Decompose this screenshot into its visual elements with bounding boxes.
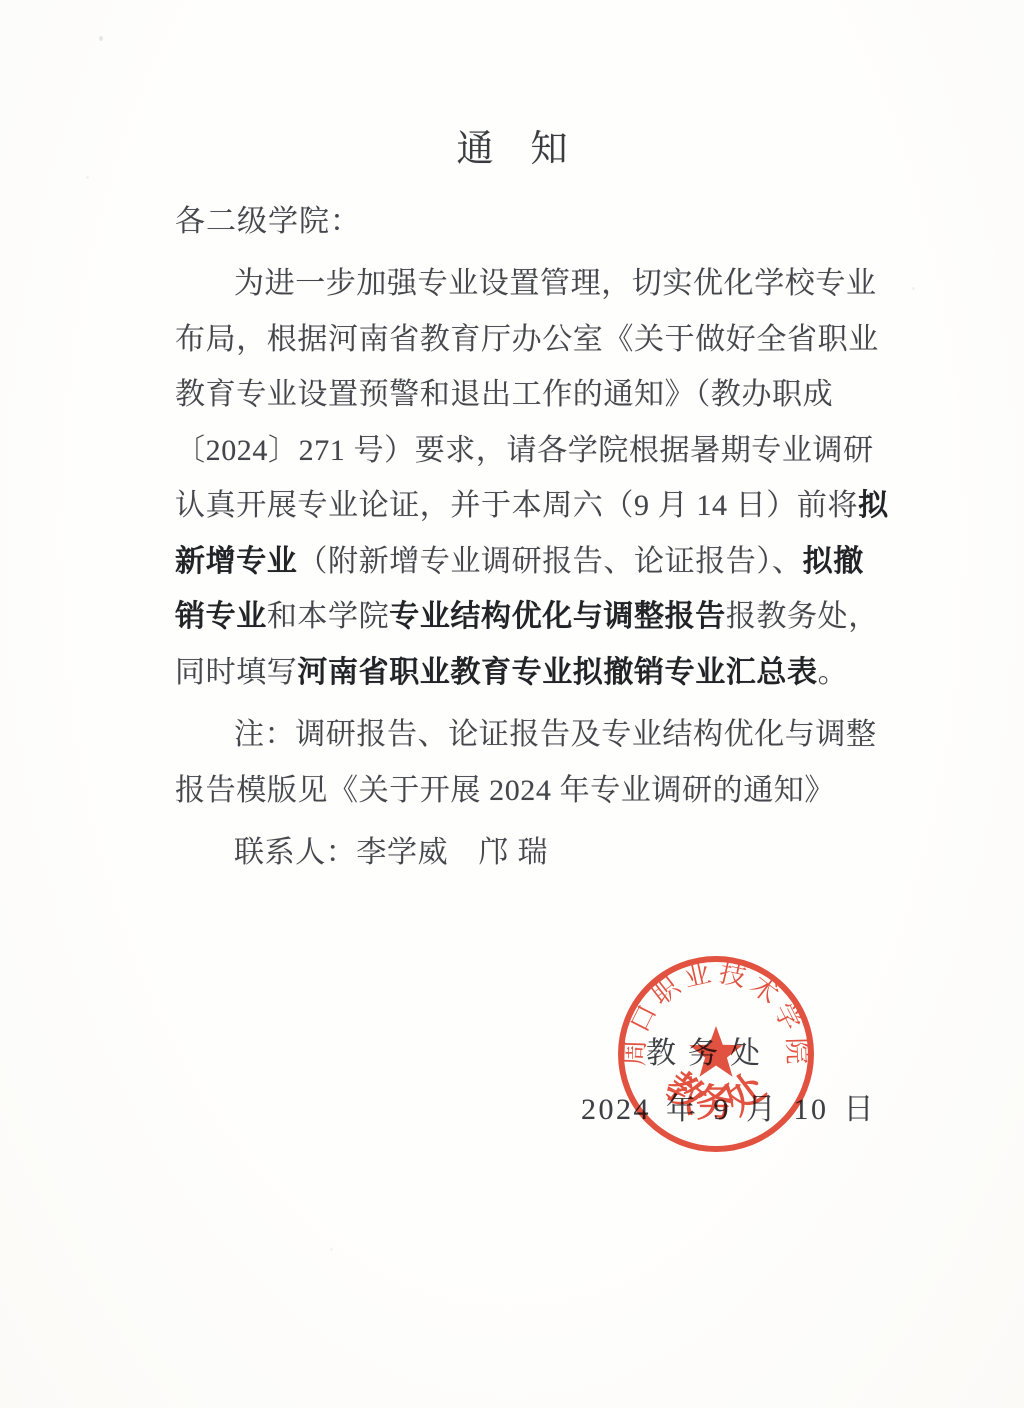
text-line: 〔2024〕271 号）要求，请各学院根据暑期专业调研 [175,423,881,479]
emphasis-text: 河南省职业教育专业拟撤销专业汇总表 [297,656,817,689]
paragraph: 联系人：李学威 邝 瑞 [175,825,881,881]
text-line: 销专业和本学院专业结构优化与调整报告报教务处， [175,589,881,645]
official-seal: 周口职业技术学院 教务处 [600,938,832,1170]
body-text: 报教务处， [726,600,879,633]
text-line: 同时填写河南省职业教育专业拟撤销专业汇总表。 [175,645,881,701]
paragraph: 为进一步加强专业设置管理，切实优化学校专业布局，根据河南省教育厅办公室《关于做好… [175,256,881,700]
text-line: 新增专业（附新增专业调研报告、论证报告）、拟撤 [175,534,881,590]
scan-speck [912,287,915,290]
body-text: 报告模版见《关于开展 2024 年专业调研的通知》 [175,774,835,807]
scan-speck [330,1248,333,1251]
body-text: 同时填写 [175,656,297,689]
text-line: 联系人：李学威 邝 瑞 [175,825,881,881]
scanned-notice-page: 通 知 各二级学院： 为进一步加强专业设置管理，切实优化学校专业布局，根据河南省… [0,0,1024,1408]
body-text: 。 [818,656,849,689]
body-text: 为进一步加强专业设置管理，切实优化学校专业 [234,267,877,300]
emphasis-text: 新增专业 [175,545,297,578]
seal-star-icon [689,1026,742,1077]
emphasis-text: 拟 [858,489,889,522]
body-text: 布局，根据河南省教育厅办公室《关于做好全省职业 [175,323,879,356]
text-line: 报告模版见《关于开展 2024 年专业调研的通知》 [175,763,881,819]
emphasis-text: 销专业 [175,600,267,633]
text-line: 认真开展专业论证，并于本周六（9 月 14 日）前将拟 [175,478,881,534]
emphasis-text: 专业结构优化与调整报告 [389,600,726,633]
body-text: （附新增专业调研报告、论证报告）、 [297,545,802,578]
scan-speck [86,176,89,179]
paragraph: 注：调研报告、论证报告及专业结构优化与调整报告模版见《关于开展 2024 年专业… [175,707,881,818]
text-line: 教育专业设置预警和退出工作的通知》（教办职成 [175,367,881,423]
body-text: 认真开展专业论证，并于本周六（9 月 14 日）前将 [175,489,858,522]
body-text: 〔2024〕271 号）要求，请各学院根据暑期专业调研 [175,434,874,467]
emphasis-text: 拟撤 [803,545,864,578]
text-line: 布局，根据河南省教育厅办公室《关于做好全省职业 [175,312,881,368]
seal-bottom-text: 教务处 [657,1065,775,1125]
salutation: 各二级学院： [175,196,361,240]
body-text: 注：调研报告、论证报告及专业结构优化与调整 [234,718,877,751]
body-text: 联系人：李学威 邝 瑞 [234,836,548,869]
body-text: 和本学院 [267,600,389,633]
text-line: 注：调研报告、论证报告及专业结构优化与调整 [175,707,881,763]
text-line: 为进一步加强专业设置管理，切实优化学校专业 [175,256,881,312]
notice-title: 通 知 [0,118,1024,172]
body-text: 教育专业设置预警和退出工作的通知》（教办职成 [175,378,833,411]
notice-body: 为进一步加强专业设置管理，切实优化学校专业布局，根据河南省教育厅办公室《关于做好… [175,256,881,881]
scan-speck [99,36,103,41]
